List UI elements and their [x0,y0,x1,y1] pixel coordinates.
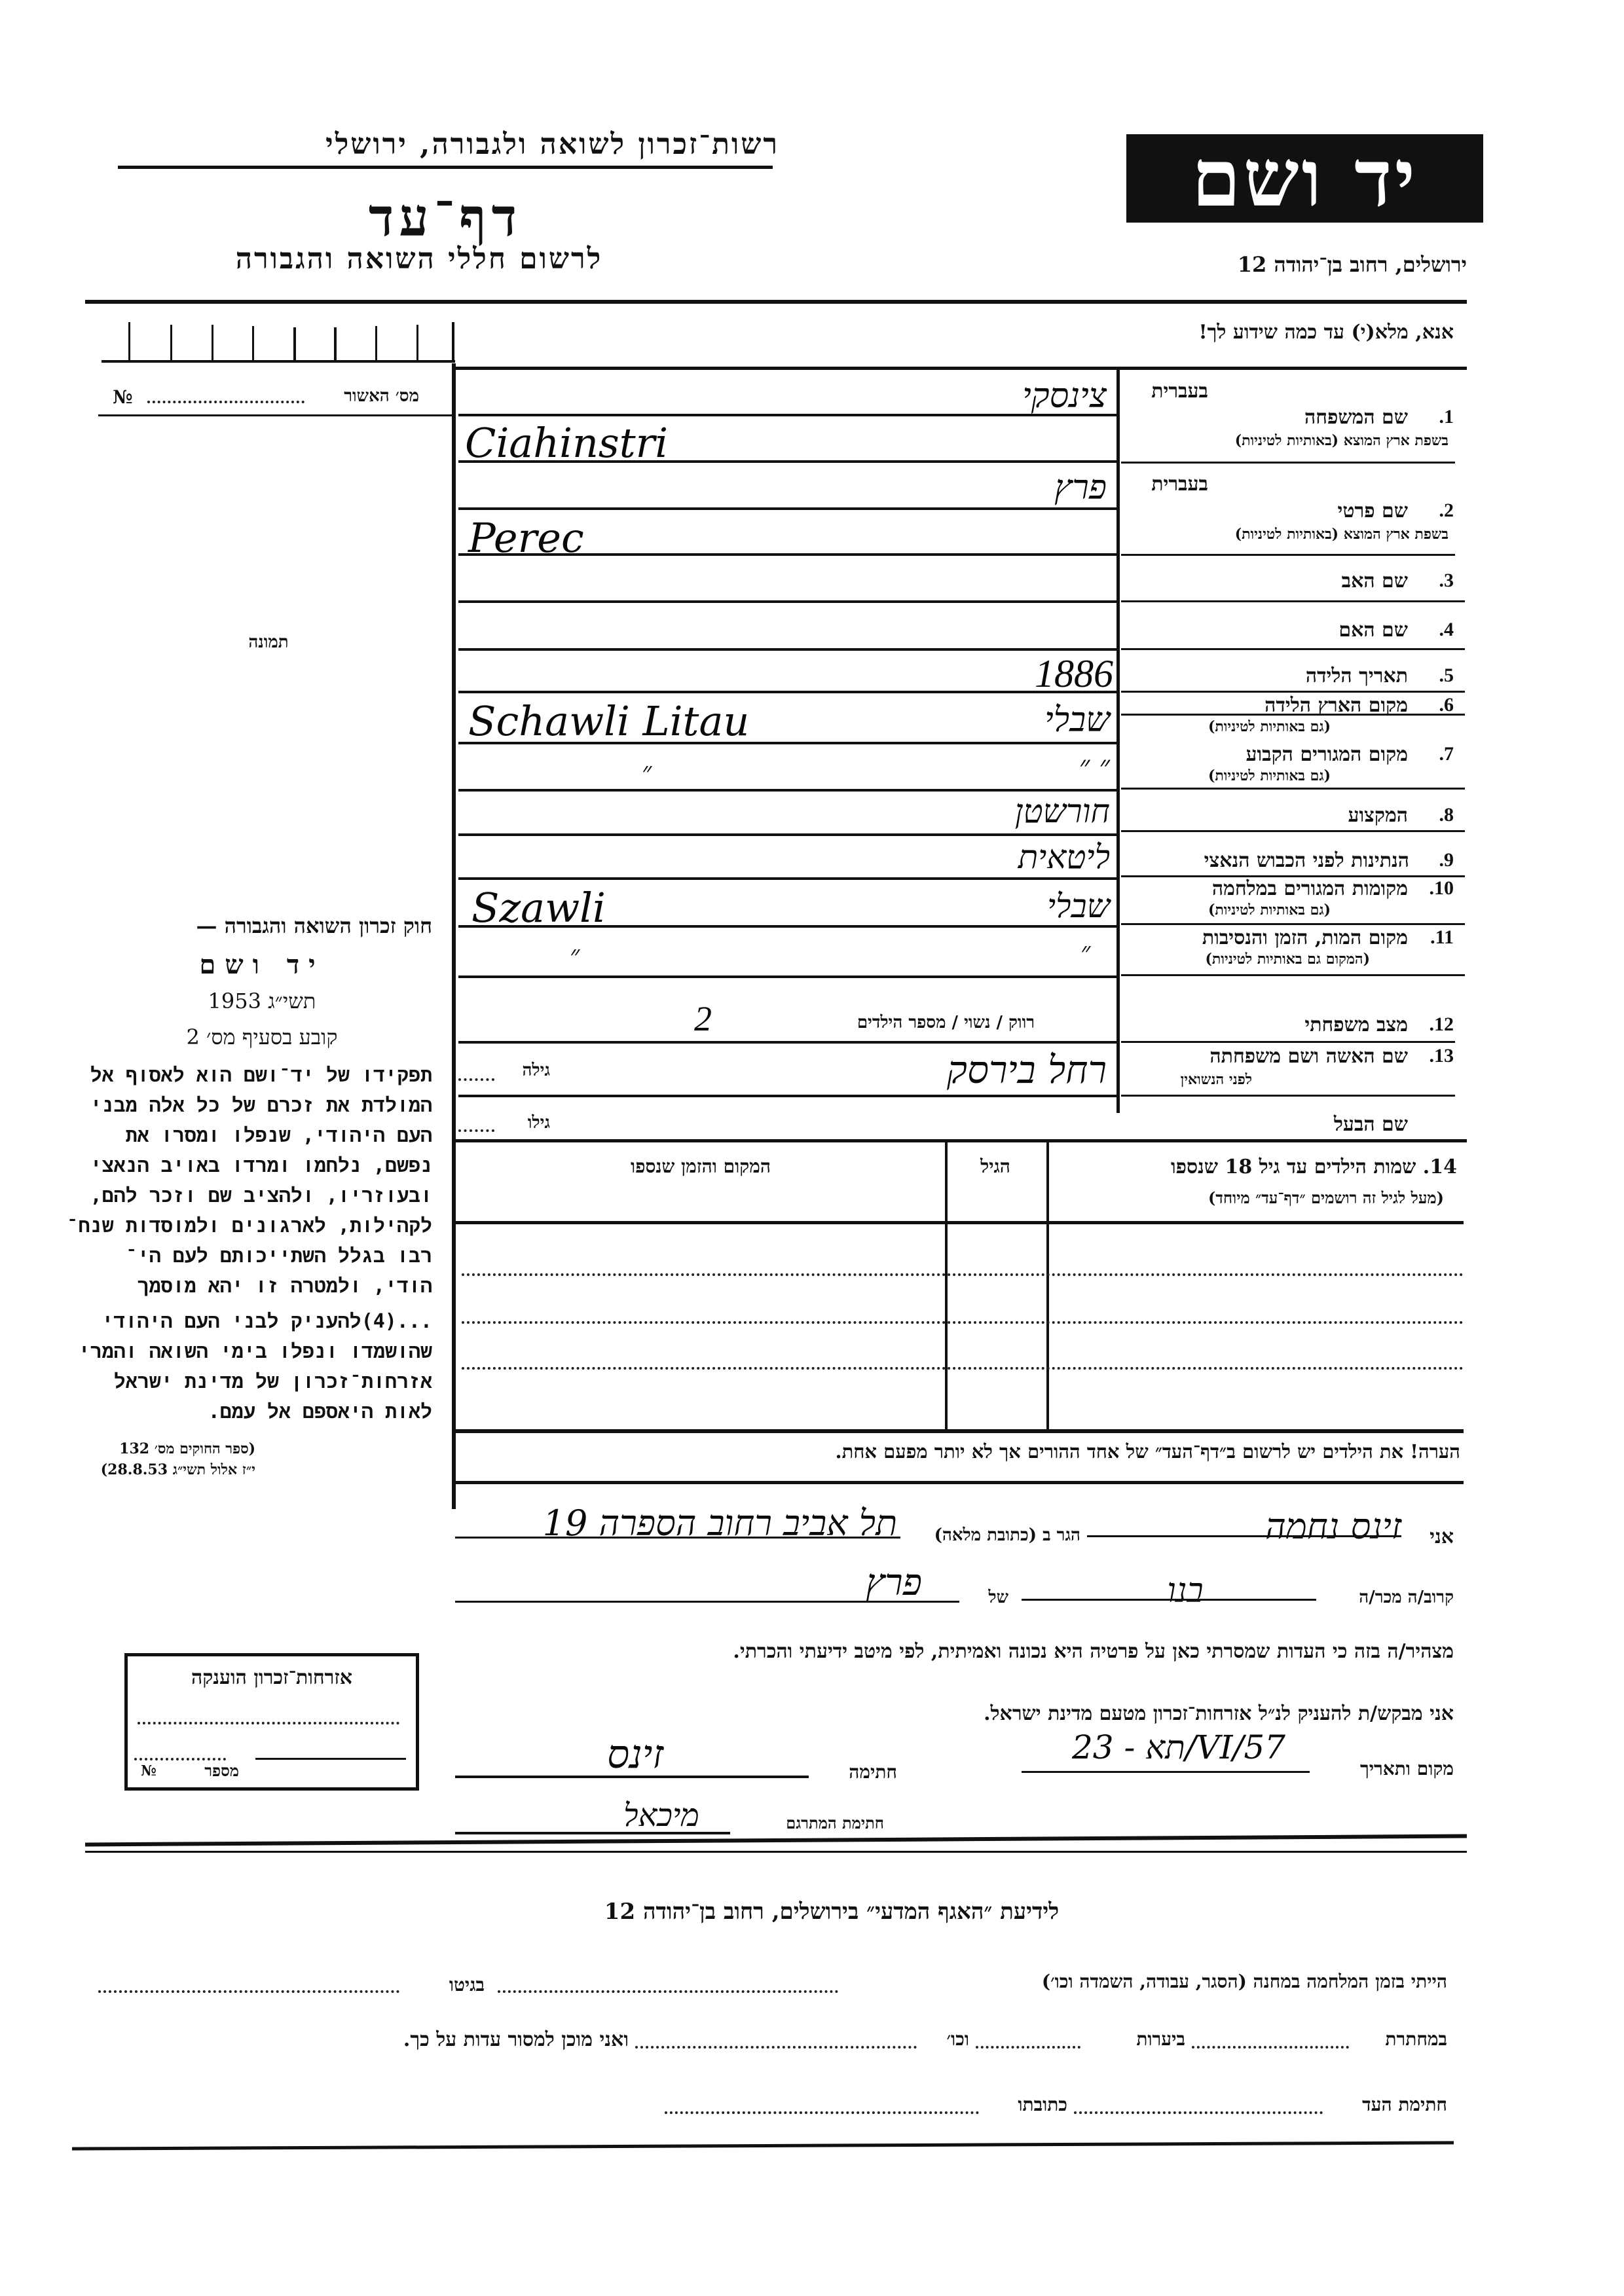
field-number: 9. [1414,849,1454,871]
law-text-line: רבו בגלל השתייכותם לעם הי־ [88,1241,432,1271]
etc-label: וכו׳ [923,2028,969,2050]
field-label: שם פרטי [1231,500,1408,522]
family-name-hebrew-value[interactable]: צינסקי [838,376,1107,416]
family-name-latin-value[interactable]: Ciahinstri [465,419,858,467]
field-sublabel: (גם באותיות לטיניות) [1121,718,1331,735]
children-count-value[interactable]: 2 [694,998,733,1039]
first-name-hebrew-value[interactable]: פרץ [904,468,1107,507]
children-heading-sub: (מעל לגיל זה רושמים ״דף־עד״ מיוחד) [1051,1188,1444,1208]
authority-underline [118,166,773,169]
field-label: שם הבעל [1205,1113,1408,1136]
field-number: 4. [1414,619,1454,641]
approval-underline [98,414,455,416]
bottom-border [72,2141,1454,2150]
field-number: 7. [1414,743,1454,765]
relation-value[interactable]: בנו [1074,1571,1297,1611]
place-date-label: מקום ותאריך [1323,1758,1454,1780]
table-row[interactable] [462,1273,1464,1276]
first-name-latin-value[interactable]: Perec [468,514,730,562]
death-place-latin-value[interactable]: ״ [570,939,609,970]
authority-title: רשות־זכרון לשואה ולגבורה, ירושלי [105,128,779,161]
signature-label: חתימה [819,1761,897,1783]
law-heading: חוק זכרון השואה והגבורה — [92,913,432,938]
field-number: 6. [1414,694,1454,716]
field-number: 5. [1414,665,1454,687]
declaration-statement: מצהיר/ה בזה כי העדות שמסרתי כאן על פרטיה… [458,1640,1454,1663]
form-title: דף־עד [282,187,609,249]
field-label: שם המשפחה [1231,406,1408,429]
field-label: שם האשה ושם משפחתה [1139,1045,1408,1068]
field-label: מקום המגורים הקבוע [1179,743,1408,766]
lang-label-hebrew: בעברית [1130,473,1208,496]
footer-line1-text: הייתי בזמן המלחמה במחנה (הסגר, עבודה, הש… [845,1971,1447,1993]
translator-signature[interactable]: מיכאל [589,1797,733,1834]
ruler-base [101,360,455,363]
forests-field[interactable] [976,2046,1080,2049]
of-label: של [969,1588,1008,1607]
law-text-line: שהושמדו ונפלו בימי השואה והמרי [88,1337,432,1367]
etc-field[interactable] [635,2046,917,2049]
husband-name-input[interactable] [557,1100,1113,1138]
field-number: 1. [1414,406,1454,428]
table-row[interactable] [462,1367,1464,1370]
law-text-line: נפשם, נלחמו ומרדו באויב הנאצי [88,1151,432,1181]
field-label: מצב משפחתי [1205,1013,1408,1036]
translator-label: חתימת המתרגם [733,1813,884,1833]
witness-signature-field[interactable] [1074,2111,1323,2114]
children-note: הערה! את הילדים יש לרשום ב״דף־העד״ של אח… [471,1440,1460,1463]
yad-vashem-logo: יד ושם [1126,134,1483,223]
field-label: מקומות המגורים במלחמה [1139,877,1408,900]
ghetto-label: בגיטו [406,1974,485,1996]
mother-name-input[interactable] [458,604,1113,644]
form-top-line [455,367,1467,370]
birth-place-latin-value[interactable]: Schawli Litau [468,697,887,745]
section-divider [85,1834,1467,1847]
father-name-input[interactable] [458,556,1113,597]
lang-label-hebrew: בעברית [1130,380,1208,403]
address-line: ירושלים, רחוב בן־יהודה 12 [1113,252,1467,277]
field-number: 3. [1414,570,1454,592]
field-label: מקום הארץ הלידה [1198,694,1408,717]
field-label: תאריך הלידה [1231,665,1408,687]
field-sublabel: לפני הנשואין [1121,1071,1252,1088]
section-divider [85,1851,1467,1853]
wartime-residence-hebrew-value[interactable]: שבלי [969,887,1110,925]
field-sublabel: בשפת ארץ המוצא (באותיות לטיניות) [1121,526,1449,543]
wife-name-value[interactable]: רחל בירסק [819,1048,1107,1092]
forests-label: ביערות [1087,2028,1185,2050]
place-date-value[interactable]: תא - 23/VI/57 [1035,1728,1323,1766]
children-heading: 14. שמות הילדים עד גיל 18 שנספו [1051,1156,1457,1178]
field-sublabel: (גם באותיות לטיניות) [1121,902,1331,919]
citizenship-value[interactable]: ליטאית [904,838,1110,876]
stamp-title: אזרחות־זכרון הוענקה [128,1666,416,1689]
signature-value[interactable]: זינס [517,1732,753,1777]
field-number: 8. [1414,804,1454,826]
form-left-border [452,363,456,1509]
law-text-line: לקהילות, לארגונים ולמוסדות שנח־ [88,1211,432,1241]
field-sublabel: בשפת ארץ המוצא (באותיות לטיניות) [1121,432,1449,449]
label-column-border [1116,367,1120,1113]
field-sublabel: (המקום גם באותיות לטיניות) [1121,951,1370,968]
approval-no-symbol: № [113,386,132,408]
law-text-line: אזרחות־זכרון של מדינת ישראל [88,1367,432,1397]
table-row[interactable] [462,1321,1464,1324]
law-text-line: ובעוזריו, ולהציב שם וזכר להם, [88,1181,432,1211]
testimony-consent: ואני מוכן למסור עדות על כך. [72,2028,629,2051]
husband-age-field[interactable] [458,1129,494,1132]
ghetto-field[interactable] [98,1990,399,1993]
law-clause: קובע בסעיף מס׳ 2 [92,1025,432,1049]
form-subtitle: לרשום חללי השואה והגבורה [131,242,707,276]
law-text-line: ...(4)להעניק לבני העם היהודי [88,1307,432,1337]
field-sublabel: (גם באותיות לטיניות) [1121,767,1331,784]
header-divider [85,300,1467,304]
approval-label: מס׳ האשור [314,386,419,406]
underground-label: במחתרת [1356,2028,1447,2050]
marital-status-options: רווק / נשוי / מספר הילדים [740,1013,1035,1032]
stamp-number-field[interactable] [134,1758,226,1760]
memorial-citizenship-stamp: אזרחות־זכרון הוענקה № מספר [124,1653,419,1791]
relative-label: קרוב/ה מכר/ה [1329,1588,1454,1607]
birth-date-value[interactable]: 1886 [969,651,1113,697]
law-source-2: י״ז אלול תשי״ג 28.8.53) [92,1461,255,1478]
stamp-no-symbol: № [141,1762,157,1779]
residence-latin-value[interactable]: ״ [642,756,681,787]
approval-number-field[interactable] [147,401,304,403]
field-label: המקצוע [1231,804,1408,827]
law-text-line: תפקידו של יד־ושם הוא לאסוף אל [88,1061,432,1091]
table-row[interactable] [462,1372,1464,1427]
declarant-i-am: אני [1408,1525,1454,1548]
witness-address-label: כתובתו [989,2094,1067,2116]
field-label: הנתינות לפני הכבוש הנאצי [1121,849,1409,872]
col-place-header: המקום והזמן שנספו [458,1156,943,1178]
underground-field[interactable] [1192,2046,1349,2049]
husband-age-label: גילו [498,1113,550,1133]
witness-signature-label: חתימת העד [1329,2094,1447,2116]
col-age-header: הגיל [950,1156,1041,1178]
profession-value[interactable]: חורשטן [904,792,1110,830]
field-number: 2. [1414,500,1454,522]
wife-age-field[interactable] [458,1078,494,1081]
photo-label: תמונה [229,632,308,652]
law-text-line: הודי, ולמטרה זו יהא מוסמך [88,1271,432,1302]
stamp-no-label: מספר [174,1761,239,1781]
declarant-name-value[interactable]: זינס נחמה [1192,1506,1401,1547]
law-name: יד ושם [92,949,432,980]
field-label: מקום המות, הזמן והנסיבות [1139,926,1408,949]
field-number: 13. [1408,1045,1454,1067]
law-text-line: המולדת את זכרם של כל אלה מבני [88,1091,432,1121]
wartime-residence-latin-value[interactable]: Szawli [471,884,760,932]
wife-age-label: גילה [498,1061,550,1080]
residing-label: הגר ב (כתובת מלאה) [904,1525,1080,1545]
stamp-line[interactable] [138,1722,399,1724]
law-text-block: תפקידו של יד־ושם הוא לאסוף אל המולדת את … [88,1061,432,1427]
field-number: 10. [1408,877,1454,900]
residence-hebrew-value[interactable]: ״ ״ [1022,750,1110,783]
instruction-text: אנא, מלא(י) עד כמה שידוע לך! [930,321,1454,344]
field-number: 12. [1408,1013,1454,1036]
birth-place-hebrew-value[interactable]: שבלי [969,701,1110,740]
citizenship-request: אני מבקש/ת להעניק לנ״ל אזרחות־זכרון מטעם… [720,1702,1454,1725]
law-text-line: לאות היאספם אל עמם. [88,1397,432,1427]
law-year: תשי״ג 1953 [92,989,432,1013]
law-source-1: (ספר החוקים מס׳ 132 [92,1440,255,1457]
of-value[interactable]: פרץ [832,1561,956,1604]
field-number: 11. [1408,926,1454,949]
camp-field[interactable] [498,1990,838,1993]
footer-title: לידיעת ״האגף המדעי״ בירושלים, רחוב בן־יה… [498,1899,1166,1925]
law-text-line: העם היהודי, שנפלו ומסרו את [88,1121,432,1151]
field-label: שם האם [1231,619,1408,642]
death-place-hebrew-value[interactable]: ״ [1080,936,1107,967]
witness-address-field[interactable] [665,2111,979,2114]
field-label: שם האב [1231,570,1408,592]
